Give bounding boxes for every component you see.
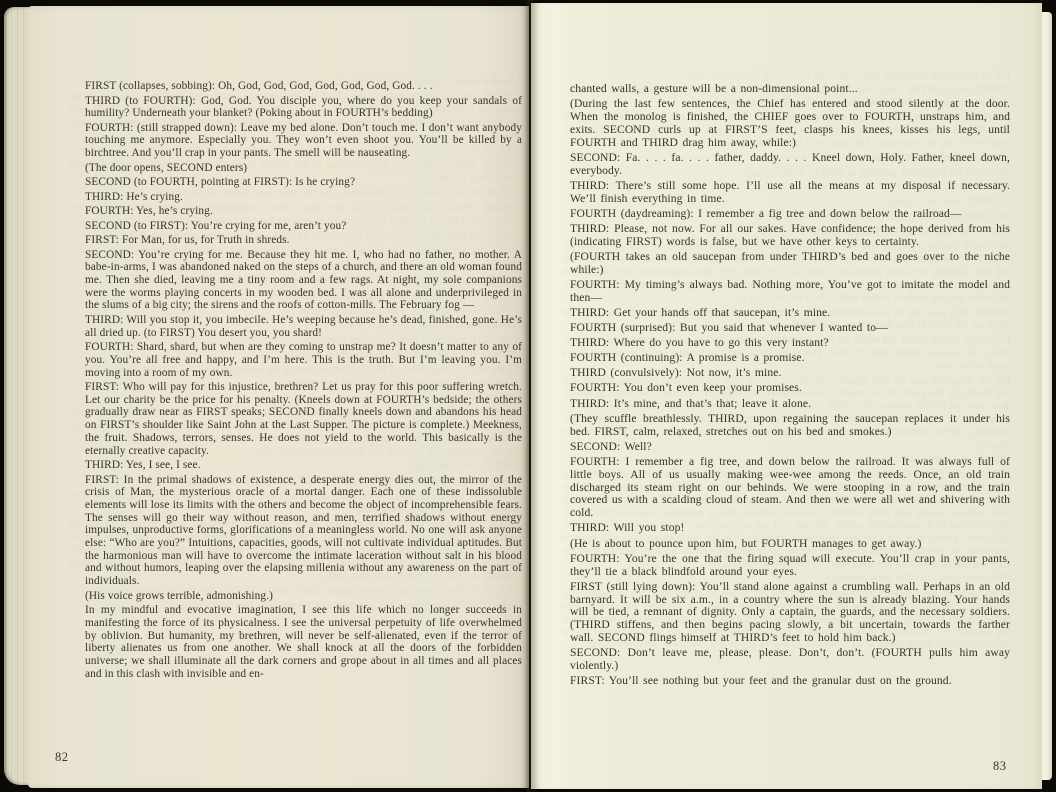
speech-paragraph: (During the last few sentences, the Chie…	[570, 98, 1010, 150]
speech-paragraph: SECOND (to FIRST): You’re crying for me,…	[85, 220, 522, 233]
book-spread: chanted walls, a gesture will be a non-d…	[0, 0, 1056, 792]
speech-paragraph: FOURTH: You don’t even keep your promise…	[570, 382, 1010, 395]
speech-paragraph: SECOND (to FOURTH, pointing at FIRST): I…	[85, 176, 522, 189]
speech-paragraph: (They scuffle breathlessly. THIRD, upon …	[570, 413, 1010, 439]
speech-paragraph: (FOURTH takes an old saucepan from under…	[570, 251, 1010, 277]
speech-paragraph: THIRD: He’s crying.	[85, 191, 522, 204]
speech-paragraph: FOURTH: You’re the one that the firing s…	[570, 553, 1010, 579]
speech-paragraph: In my mindful and evocative imagination,…	[85, 604, 522, 680]
speech-paragraph: SECOND: Well?	[570, 441, 1010, 454]
speech-paragraph: SECOND: Fa. . . . fa. . . . father, dadd…	[570, 152, 1010, 178]
speech-paragraph: FOURTH: (still strapped down): Leave my …	[85, 122, 522, 160]
speech-paragraph: THIRD: It’s mine, and that’s that; leave…	[570, 398, 1010, 411]
speech-paragraph: THIRD: Where do you have to go this very…	[570, 337, 1010, 350]
ghost-paragraph: FIRST (collapses, sobbing): Oh, God, God…	[561, 69, 1011, 82]
speech-paragraph: FIRST: You’ll see nothing but your feet …	[570, 675, 1010, 688]
speech-paragraph: THIRD (to FOURTH): God, God. You discipl…	[85, 95, 522, 120]
speech-paragraph: SECOND: Don’t leave me, please, please. …	[570, 647, 1010, 673]
speech-paragraph: FOURTH: I remember a fig tree, and down …	[570, 456, 1010, 521]
speech-paragraph: FIRST: For Man, for us, for Truth in shr…	[85, 234, 522, 247]
speech-paragraph: FIRST: In the primal shadows of existenc…	[85, 474, 522, 588]
speech-paragraph: FOURTH: Yes, he’s crying.	[85, 205, 522, 218]
right-page: FIRST (collapses, sobbing): Oh, God, God…	[531, 3, 1042, 789]
speech-paragraph: (He is about to pounce upon him, but FOU…	[570, 538, 1010, 551]
left-page: chanted walls, a gesture will be a non-d…	[28, 6, 529, 788]
speech-paragraph: THIRD (convulsively): Not now, it’s mine…	[570, 367, 1010, 380]
page-number-left: 82	[55, 750, 69, 765]
speech-paragraph: FOURTH (daydreaming): I remember a fig t…	[570, 208, 1010, 221]
speech-paragraph: THIRD: Will you stop it, you imbecile. H…	[85, 314, 522, 339]
left-page-text: FIRST (collapses, sobbing): Oh, God, God…	[85, 80, 522, 682]
speech-paragraph: FIRST (collapses, sobbing): Oh, God, God…	[85, 80, 522, 93]
speech-paragraph: FIRST (still lying down): You’ll stand a…	[570, 581, 1010, 646]
speech-paragraph: chanted walls, a gesture will be a non-d…	[570, 83, 1010, 96]
page-number-right: 83	[993, 759, 1007, 774]
speech-paragraph: FOURTH: Shard, shard, but when are they …	[85, 341, 522, 379]
speech-paragraph: (His voice grows terrible, admonishing.)	[85, 590, 522, 603]
speech-paragraph: THIRD: Get your hands off that saucepan,…	[570, 307, 1010, 320]
speech-paragraph: THIRD: Yes, I see, I see.	[85, 459, 522, 472]
speech-paragraph: FOURTH: My timing’s always bad. Nothing …	[570, 279, 1010, 305]
speech-paragraph: FIRST: Who will pay for this injustice, …	[85, 381, 522, 457]
next-page-edge	[1042, 12, 1052, 780]
speech-paragraph: THIRD: There’s still some hope. I’ll use…	[570, 180, 1010, 206]
speech-paragraph: THIRD: Will you stop!	[570, 522, 1010, 535]
speech-paragraph: FOURTH (continuing): A promise is a prom…	[570, 352, 1010, 365]
right-page-text: chanted walls, a gesture will be a non-d…	[570, 83, 1010, 690]
speech-paragraph: FOURTH (surprised): But you said that wh…	[570, 322, 1010, 335]
speech-paragraph: (The door opens, SECOND enters)	[85, 162, 522, 175]
speech-paragraph: THIRD: Please, not now. For all our sake…	[570, 223, 1010, 249]
speech-paragraph: SECOND: You’re crying for me. Because th…	[85, 249, 522, 313]
